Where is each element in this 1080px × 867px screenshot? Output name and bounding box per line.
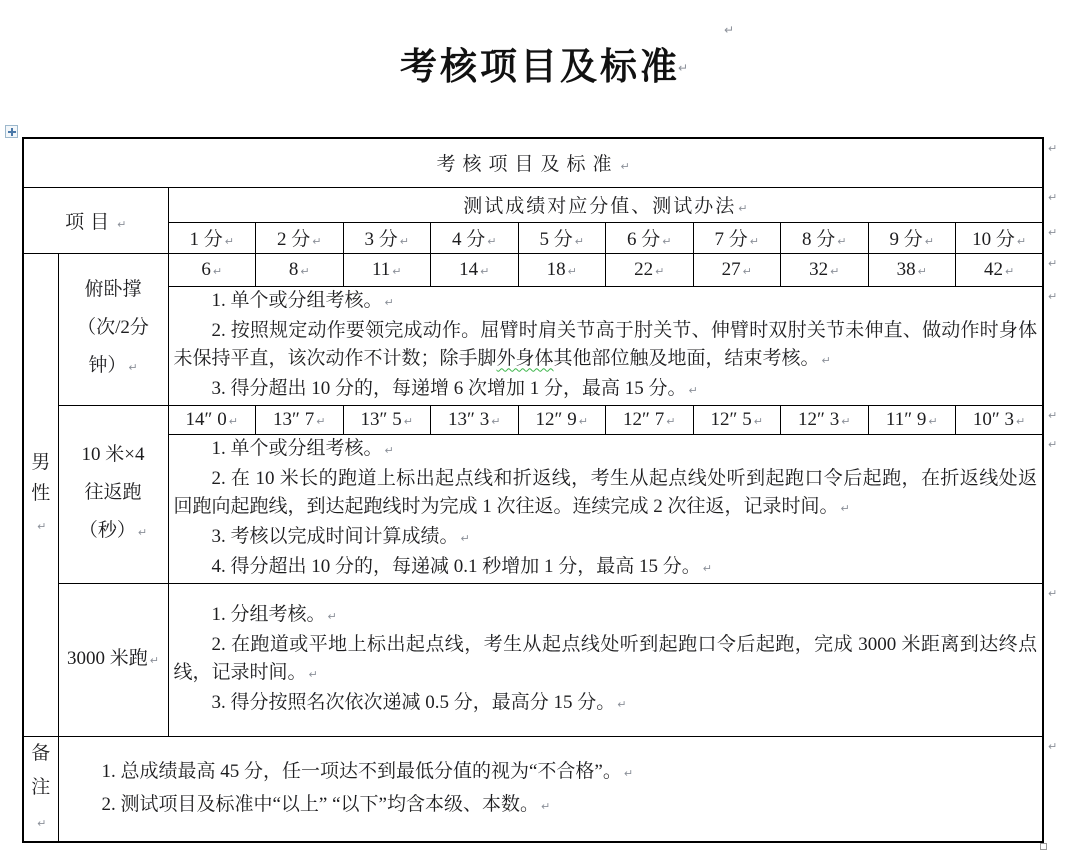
remark-paragraph: 1. 总成绩最高 45 分，任一项达不到最低分值的视为“不合格”。 — [64, 756, 1038, 789]
method-paragraph: 4. 得分超出 10 分的，每递减 0.1 秒增加 1 分，最高 15 分。 — [174, 553, 1038, 583]
method-paragraph: 1. 单个或分组考核。 — [174, 435, 1038, 465]
table-row: 1. 单个或分组考核。 2. 在 10 米长的跑道上标出起点线和折返线，考生从起… — [23, 434, 1043, 583]
method-paragraph: 2. 在跑道或平地上标出起点线，考生从起点线处听到起跑口令后起跑，完成 3000… — [174, 631, 1038, 689]
end-of-row-mark: ↵ — [1048, 143, 1057, 154]
paragraph-mark: ↵ — [724, 24, 734, 36]
spellcheck-underline: 外身体 — [497, 348, 554, 369]
table-row: 考核项目及标准 — [23, 138, 1043, 187]
score-header: 5 分 — [518, 222, 606, 253]
page-title: 考核项目及标准 — [0, 36, 1080, 90]
score-value: 13″ 7 — [256, 405, 344, 434]
table-row: 备 注 1. 总成绩最高 45 分，任一项达不到最低分值的视为“不合格”。 2.… — [23, 736, 1043, 842]
table-row: 1 分 2 分 3 分 4 分 5 分 6 分 7 分 8 分 9 分 10 分 — [23, 222, 1043, 253]
score-value: 8 — [256, 253, 344, 286]
remarks-label: 备 注 — [23, 736, 58, 842]
item-name-pushup: 俯卧撑 （次/2分 钟） — [58, 253, 168, 405]
end-of-row-mark: ↵ — [1048, 291, 1057, 302]
score-header: 2 分 — [256, 222, 344, 253]
method-paragraph: 2. 在 10 米长的跑道上标出起点线和折返线，考生从起点线处听到起跑口令后起跑… — [174, 465, 1038, 523]
score-value: 10″ 3 — [956, 405, 1044, 434]
method-paragraph: 1. 单个或分组考核。 — [174, 287, 1038, 317]
score-value: 32 — [781, 253, 869, 286]
table-row: 10 米×4 往返跑 （秒） 14″ 0 13″ 7 13″ 5 13″ 3 1… — [23, 405, 1043, 434]
score-value: 12″ 5 — [693, 405, 781, 434]
score-value: 11 — [343, 253, 431, 286]
method-paragraph: 1. 分组考核。 — [174, 601, 1038, 631]
score-value: 12″ 9 — [518, 405, 606, 434]
end-of-row-mark: ↵ — [1048, 258, 1057, 269]
end-of-row-mark: ↵ — [1048, 588, 1057, 599]
standards-table: 考核项目及标准 项目 测试成绩对应分值、测试办法 1 分 2 分 3 分 4 分… — [22, 137, 1044, 843]
end-of-row-mark: ↵ — [1048, 192, 1057, 203]
score-header: 6 分 — [606, 222, 694, 253]
end-of-row-mark: ↵ — [1048, 227, 1057, 238]
table-move-handle-icon[interactable] — [5, 125, 18, 138]
score-value: 38 — [868, 253, 956, 286]
table-row: 男 性 俯卧撑 （次/2分 钟） 6 8 11 14 18 22 27 32 3… — [23, 253, 1043, 286]
score-value: 13″ 3 — [431, 405, 519, 434]
method-paragraph: 2. 按照规定动作要领完成动作。屈臂时肩关节高于肘关节、伸臂时双肘关节未伸直、做… — [174, 317, 1038, 375]
score-value: 14 — [431, 253, 519, 286]
score-header: 8 分 — [781, 222, 869, 253]
method-paragraph: 3. 得分超出 10 分的，每递增 6 次增加 1 分，最高 15 分。 — [174, 375, 1038, 405]
table-row: 项目 测试成绩对应分值、测试办法 — [23, 187, 1043, 222]
score-header: 4 分 — [431, 222, 519, 253]
method-3000m-run: 1. 分组考核。 2. 在跑道或平地上标出起点线，考生从起点线处听到起跑口令后起… — [168, 583, 1043, 736]
score-header: 3 分 — [343, 222, 431, 253]
method-pushup: 1. 单个或分组考核。 2. 按照规定动作要领完成动作。屈臂时肩关节高于肘关节、… — [168, 286, 1043, 405]
table-resize-handle[interactable] — [1040, 843, 1047, 850]
gender-label: 男 性 — [23, 253, 58, 736]
method-paragraph: 3. 得分按照名次依次递减 0.5 分，最高分 15 分。 — [174, 689, 1038, 719]
table-row: 1. 单个或分组考核。 2. 按照规定动作要领完成动作。屈臂时肩关节高于肘关节、… — [23, 286, 1043, 405]
score-value: 22 — [606, 253, 694, 286]
score-value: 18 — [518, 253, 606, 286]
score-value: 13″ 5 — [343, 405, 431, 434]
remarks-content: 1. 总成绩最高 45 分，任一项达不到最低分值的视为“不合格”。 2. 测试项… — [58, 736, 1043, 842]
score-header: 9 分 — [868, 222, 956, 253]
column-header-scores-title: 测试成绩对应分值、测试办法 — [168, 187, 1043, 222]
end-of-row-mark: ↵ — [1048, 439, 1057, 450]
score-value: 42 — [956, 253, 1044, 286]
method-shuttle-run: 1. 单个或分组考核。 2. 在 10 米长的跑道上标出起点线和折返线，考生从起… — [168, 434, 1043, 583]
end-of-row-mark: ↵ — [1048, 410, 1057, 421]
score-value: 6 — [168, 253, 256, 286]
score-value: 14″ 0 — [168, 405, 256, 434]
end-of-row-mark: ↵ — [1048, 741, 1057, 752]
column-header-item: 项目 — [23, 187, 168, 253]
score-header: 10 分 — [956, 222, 1044, 253]
remark-paragraph: 2. 测试项目及标准中“以上” “以下”均含本级、本数。 — [64, 789, 1038, 822]
score-value: 12″ 3 — [781, 405, 869, 434]
score-header: 7 分 — [693, 222, 781, 253]
score-value: 12″ 7 — [606, 405, 694, 434]
method-paragraph: 3. 考核以完成时间计算成绩。 — [174, 523, 1038, 553]
score-value: 11″ 9 — [868, 405, 956, 434]
score-header: 1 分 — [168, 222, 256, 253]
table-row: 3000 米跑 1. 分组考核。 2. 在跑道或平地上标出起点线，考生从起点线处… — [23, 583, 1043, 736]
table-zone: 考核项目及标准 项目 测试成绩对应分值、测试办法 1 分 2 分 3 分 4 分… — [22, 137, 1044, 843]
item-name-shuttle-run: 10 米×4 往返跑 （秒） — [58, 405, 168, 583]
table-caption: 考核项目及标准 — [23, 138, 1043, 187]
score-value: 27 — [693, 253, 781, 286]
item-name-3000m-run: 3000 米跑 — [58, 583, 168, 736]
paragraph-mark: ↵ — [678, 62, 688, 74]
